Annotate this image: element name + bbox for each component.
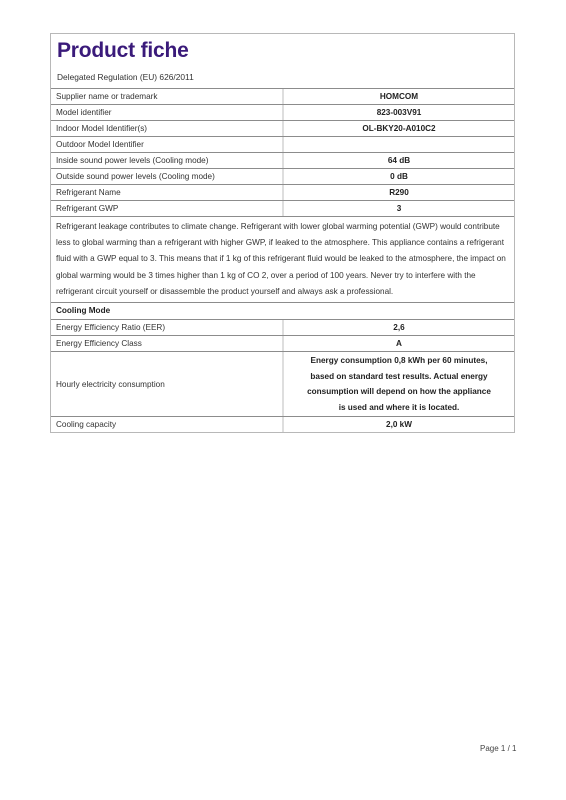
- table-row: Outdoor Model Identifier: [51, 137, 514, 153]
- row-label: Energy Efficiency Class: [51, 336, 284, 351]
- row-value: Energy consumption 0,8 kWh per 60 minute…: [284, 352, 514, 416]
- table-row: Hourly electricity consumption Energy co…: [51, 352, 514, 417]
- row-value: [284, 137, 514, 152]
- row-label: Cooling capacity: [51, 417, 284, 432]
- refrigerant-note: Refrigerant leakage contributes to clima…: [51, 217, 514, 303]
- page-title: Product fiche: [57, 37, 508, 65]
- row-value: 2,0 kW: [284, 417, 514, 432]
- row-label: Refrigerant GWP: [51, 201, 284, 216]
- consumption-text: Energy consumption 0,8 kWh per 60 minute…: [304, 353, 494, 415]
- row-value: 0 dB: [284, 169, 514, 184]
- title-block: Product fiche Delegated Regulation (EU) …: [51, 34, 514, 89]
- section-heading-cooling: Cooling Mode: [51, 303, 514, 320]
- table-row: Refrigerant Name R290: [51, 185, 514, 201]
- row-label: Supplier name or trademark: [51, 89, 284, 104]
- table-row: Energy Efficiency Ratio (EER) 2,6: [51, 320, 514, 336]
- row-label: Hourly electricity consumption: [51, 352, 284, 416]
- page-number: Page 1 / 1: [480, 744, 516, 753]
- table-row: Inside sound power levels (Cooling mode)…: [51, 153, 514, 169]
- product-fiche-table: Product fiche Delegated Regulation (EU) …: [50, 33, 515, 433]
- table-row: Outside sound power levels (Cooling mode…: [51, 169, 514, 185]
- table-row: Model identifier 823-003V91: [51, 105, 514, 121]
- row-value: A: [284, 336, 514, 351]
- row-label: Energy Efficiency Ratio (EER): [51, 320, 284, 335]
- row-value: OL-BKY20-A010C2: [284, 121, 514, 136]
- row-value: 2,6: [284, 320, 514, 335]
- row-label: Inside sound power levels (Cooling mode): [51, 153, 284, 168]
- table-row: Energy Efficiency Class A: [51, 336, 514, 352]
- row-value: HOMCOM: [284, 89, 514, 104]
- table-row: Indoor Model Identifier(s) OL-BKY20-A010…: [51, 121, 514, 137]
- row-value: R290: [284, 185, 514, 200]
- table-row: Refrigerant GWP 3: [51, 201, 514, 217]
- table-row: Cooling capacity 2,0 kW: [51, 417, 514, 432]
- regulation-subtitle: Delegated Regulation (EU) 626/2011: [57, 65, 508, 88]
- row-value: 3: [284, 201, 514, 216]
- row-value: 64 dB: [284, 153, 514, 168]
- row-label: Indoor Model Identifier(s): [51, 121, 284, 136]
- row-label: Refrigerant Name: [51, 185, 284, 200]
- row-label: Outdoor Model Identifier: [51, 137, 284, 152]
- row-label: Outside sound power levels (Cooling mode…: [51, 169, 284, 184]
- row-label: Model identifier: [51, 105, 284, 120]
- row-value: 823-003V91: [284, 105, 514, 120]
- table-row: Supplier name or trademark HOMCOM: [51, 89, 514, 105]
